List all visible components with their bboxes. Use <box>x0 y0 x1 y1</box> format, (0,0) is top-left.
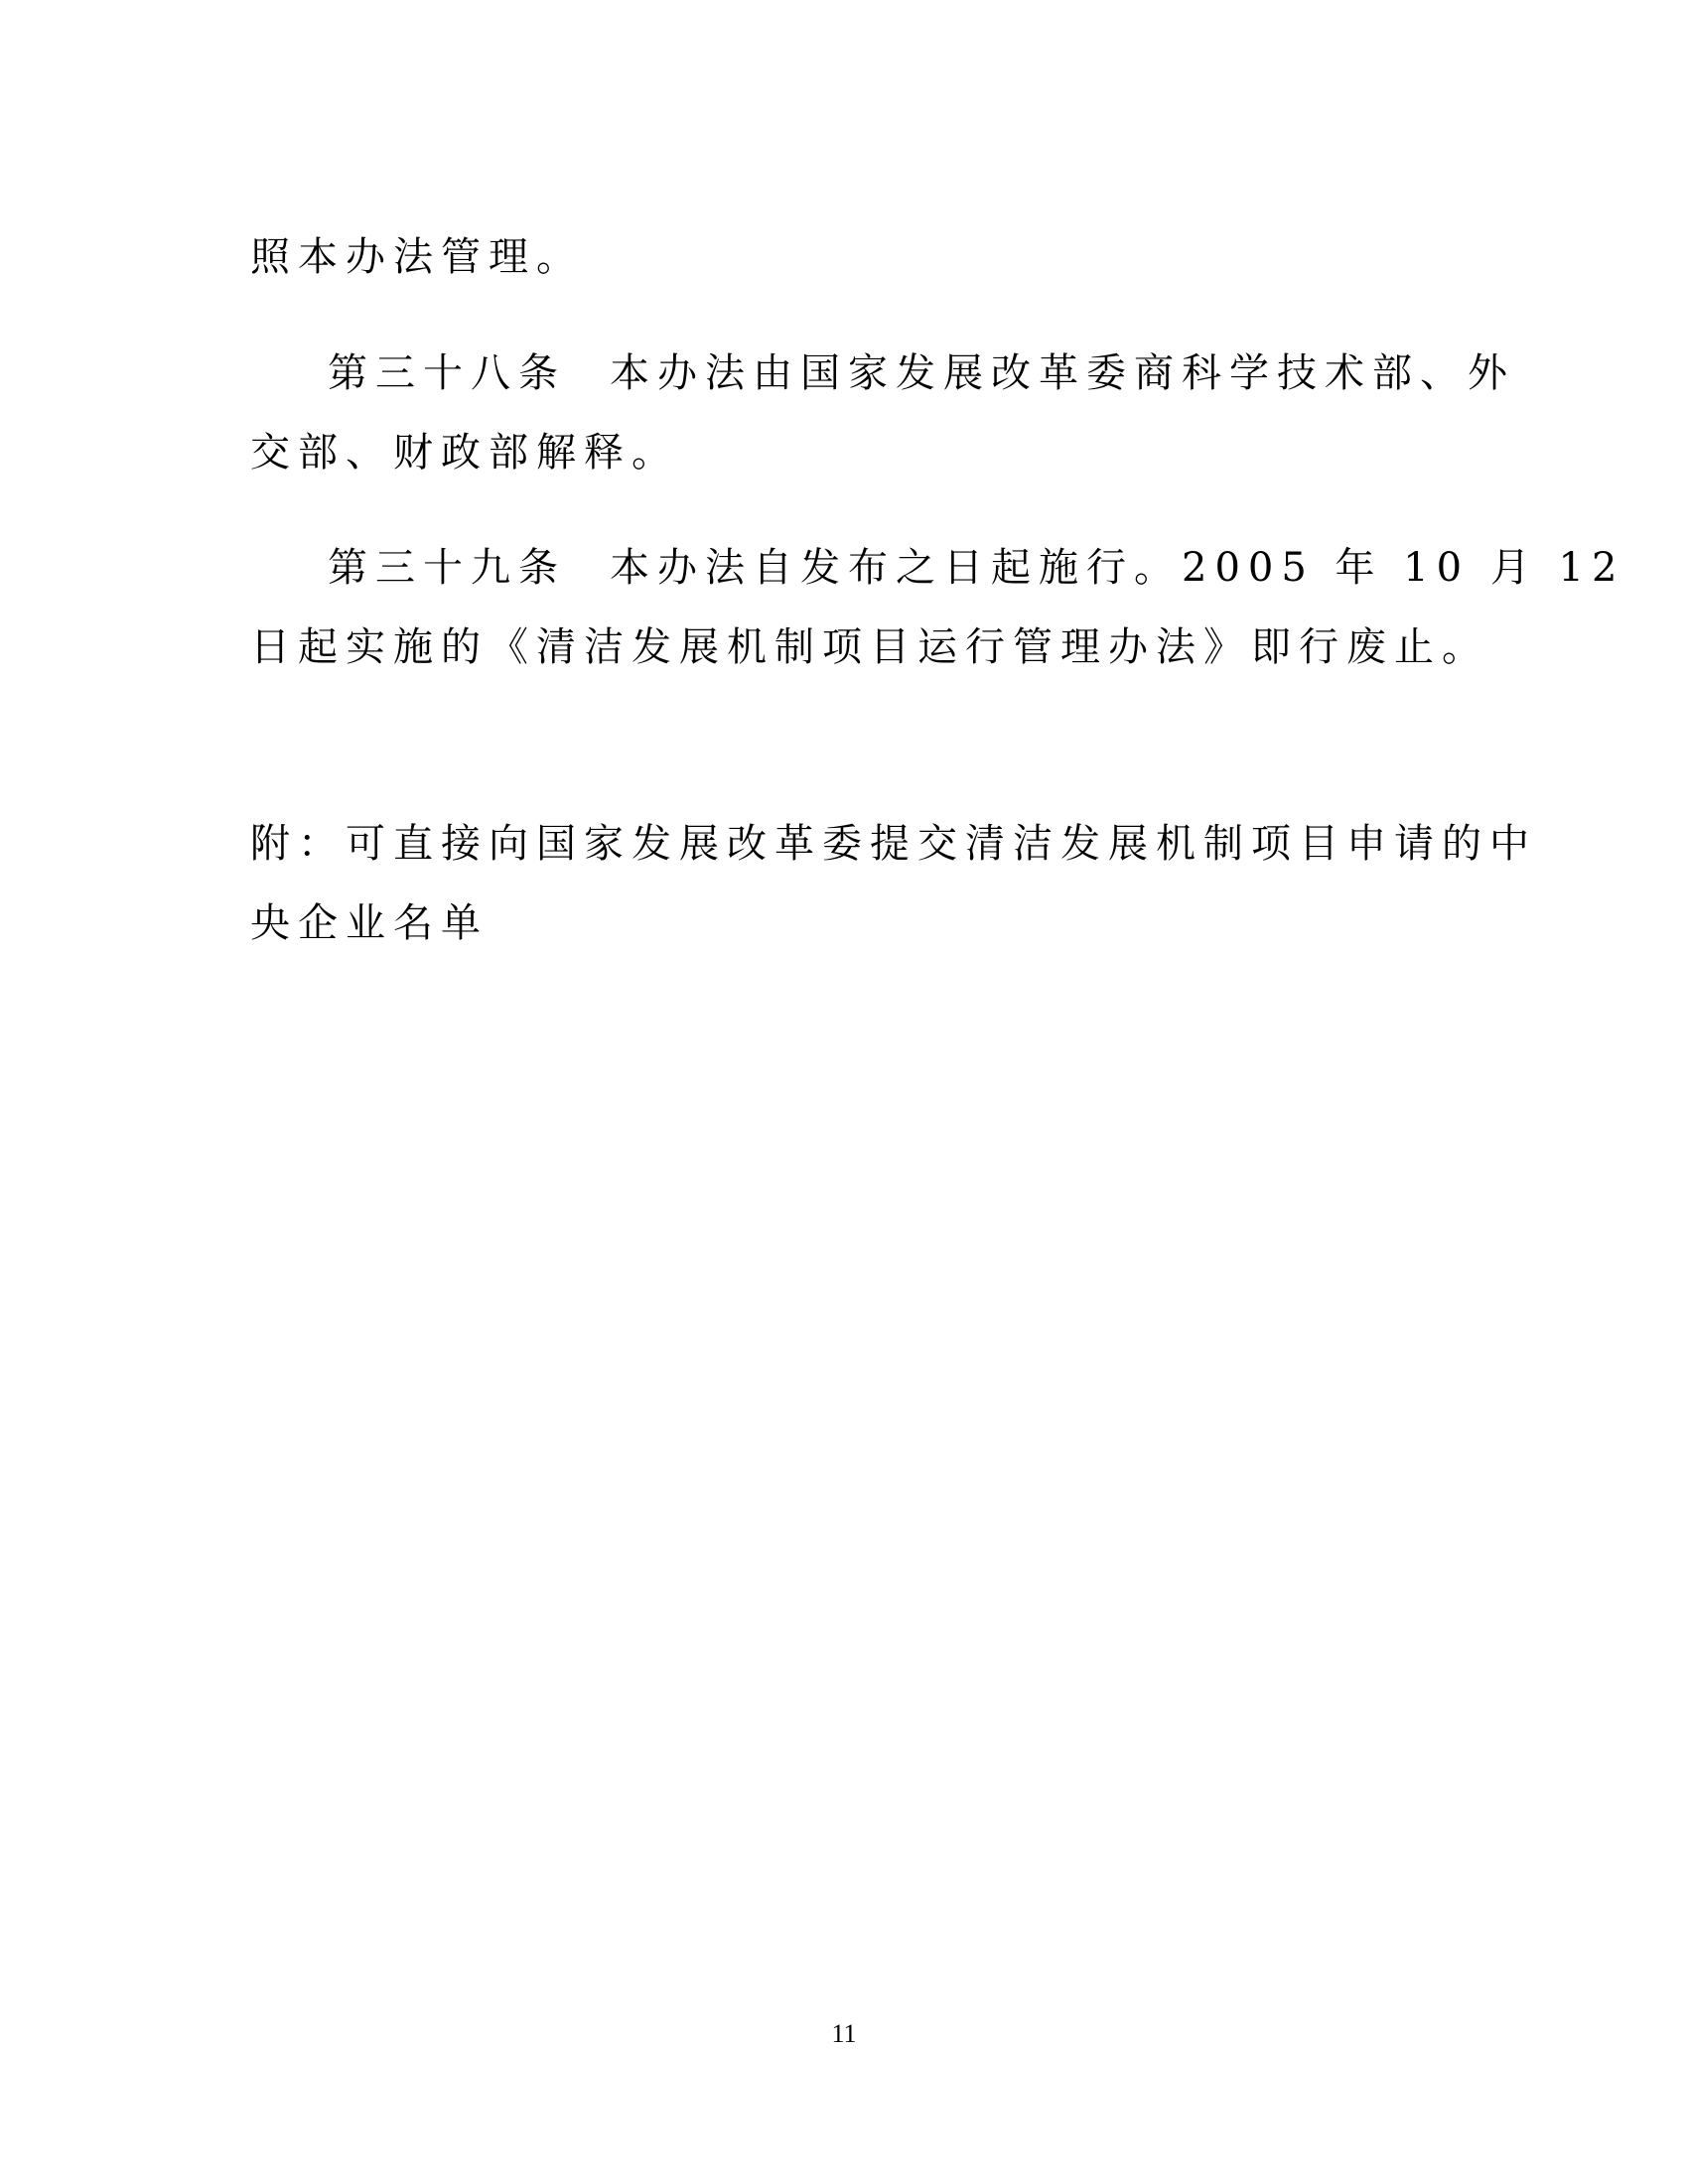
appendix-text: 附：可直接向国家发展改革委提交清洁发展机制项目申请的中 <box>250 821 1537 867</box>
article-label: 第三十八条 <box>328 350 566 396</box>
paragraph-text: 照本办法管理。 <box>250 234 584 280</box>
paragraph-text: 交部、财政部解释。 <box>250 430 679 476</box>
text-line: 照本办法管理。 <box>250 233 584 281</box>
appendix-line-2: 央企业名单 <box>250 899 489 947</box>
paragraph-text: 本办法由国家发展改革委商科学技术部、外 <box>610 350 1515 396</box>
article-38-line-1: 第三十八条本办法由国家发展改革委商科学技术部、外 <box>328 349 1515 397</box>
appendix-line-1: 附：可直接向国家发展改革委提交清洁发展机制项目申请的中 <box>250 820 1537 868</box>
document-page: 照本办法管理。 第三十八条本办法由国家发展改革委商科学技术部、外 交部、财政部解… <box>0 0 1688 2184</box>
article-39-line-2: 日起实施的《清洁发展机制项目运行管理办法》即行废止。 <box>250 623 1489 671</box>
page-number: 11 <box>0 2019 1688 2049</box>
article-label: 第三十九条 <box>328 545 566 591</box>
appendix-text: 央企业名单 <box>250 900 489 946</box>
paragraph-text: 日起实施的《清洁发展机制项目运行管理办法》即行废止。 <box>250 624 1489 670</box>
article-39-line-1: 第三十九条本办法自发布之日起施行。2005 年 10 月 12 <box>328 544 1624 592</box>
paragraph-text: 本办法自发布之日起施行。2005 年 10 月 12 <box>610 545 1624 591</box>
article-38-line-2: 交部、财政部解释。 <box>250 429 679 477</box>
